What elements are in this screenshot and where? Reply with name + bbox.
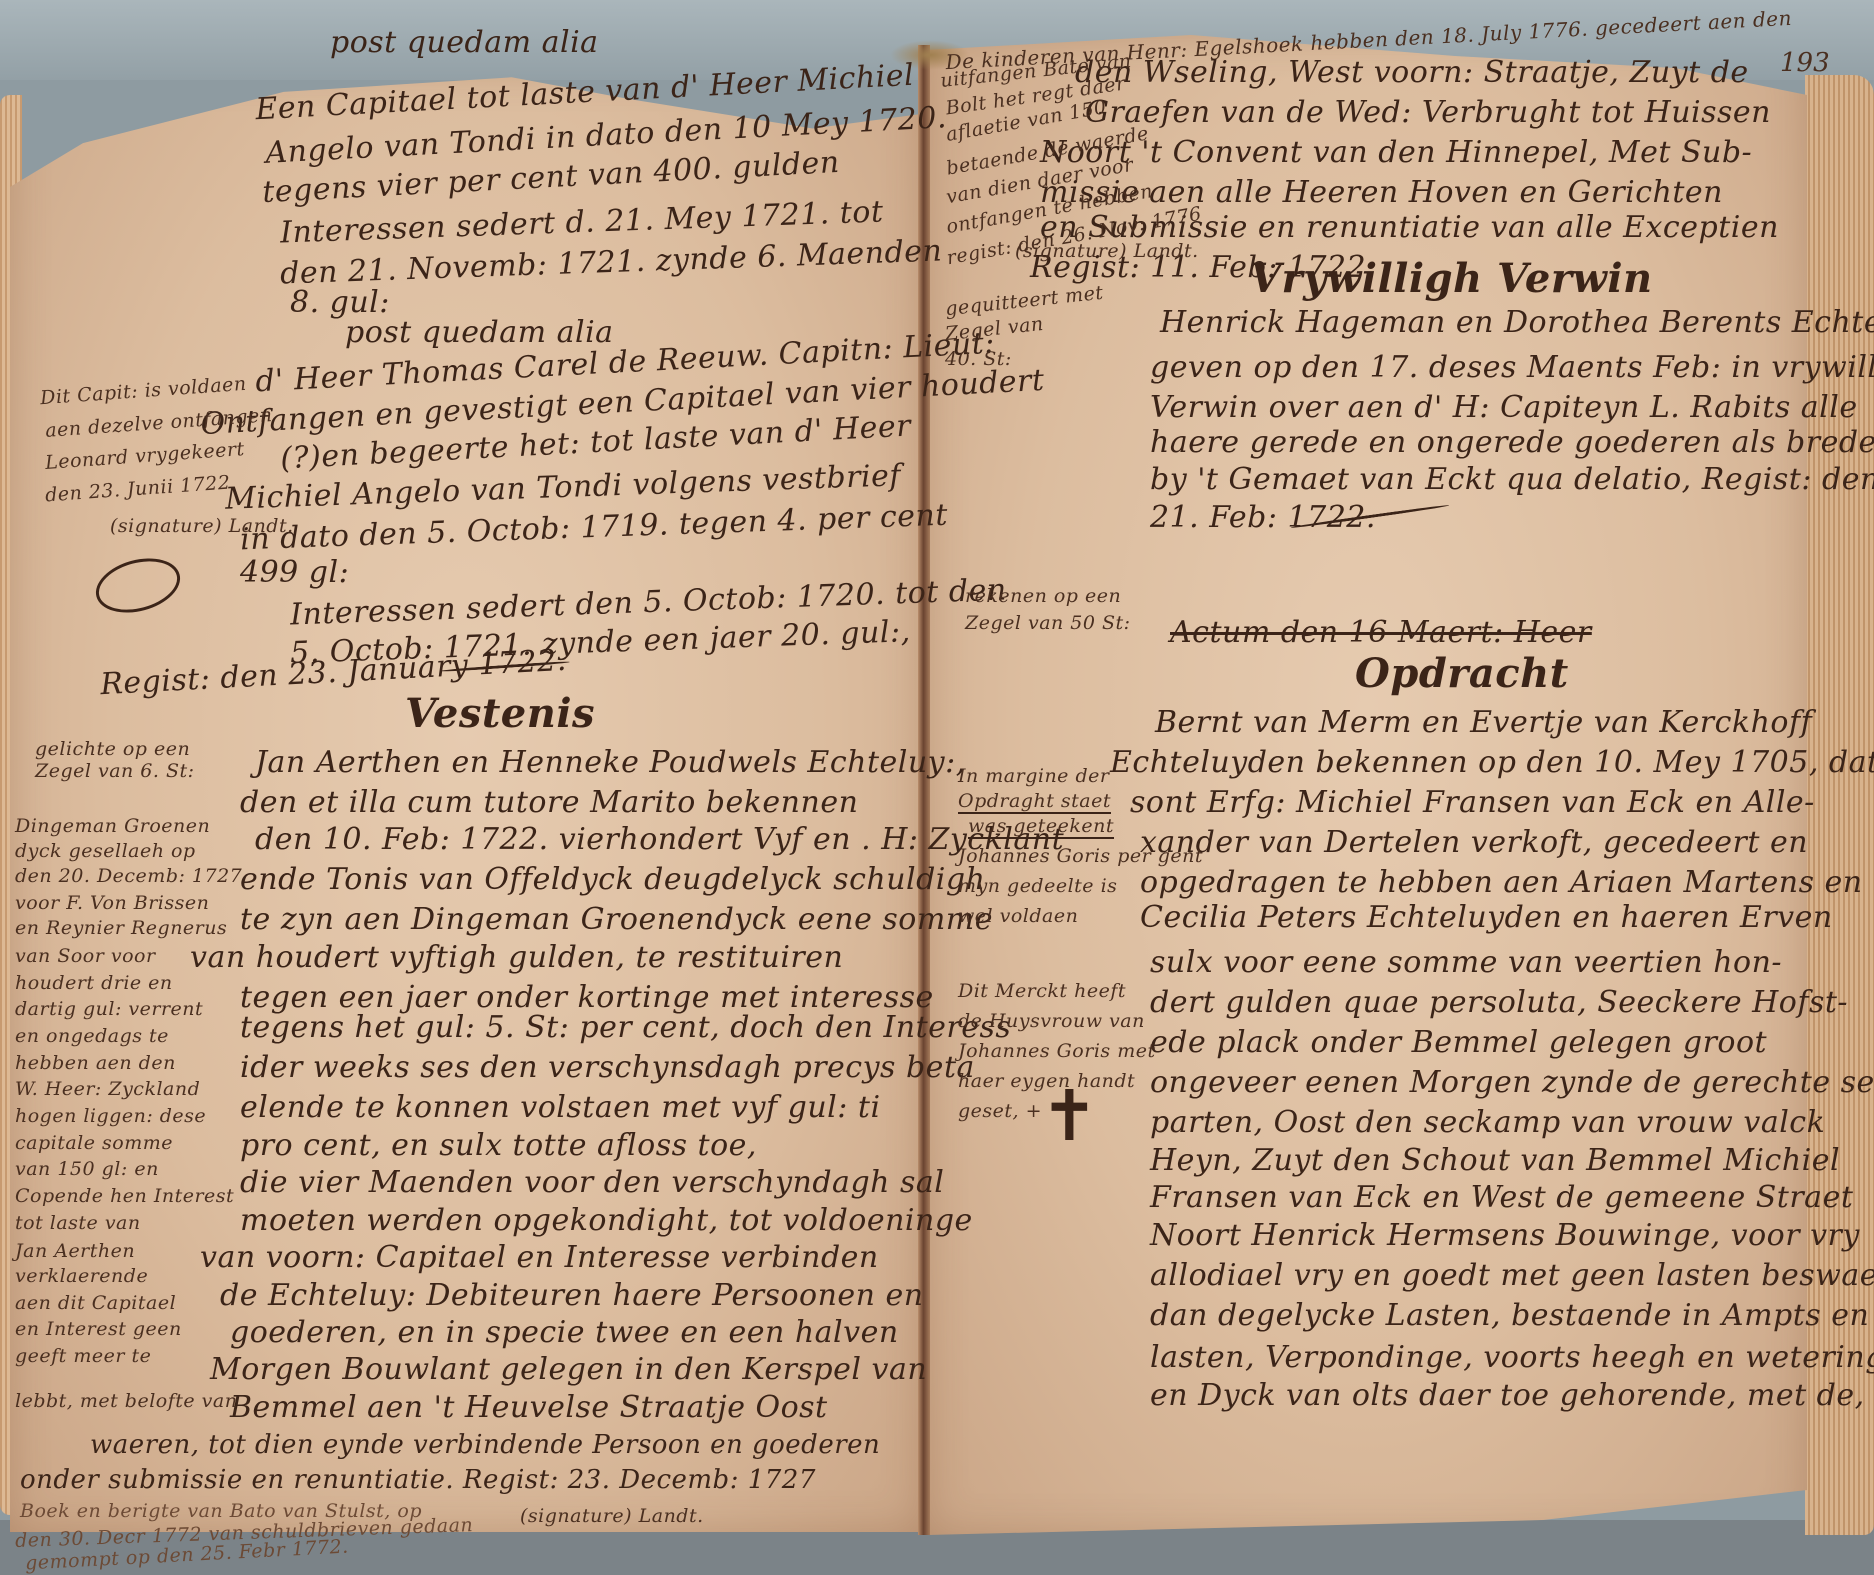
- margin-note-line: Dit Merckt heeft: [958, 980, 1126, 1002]
- margin-note-line: Zegel van 50 St:: [965, 612, 1131, 634]
- entry-line: sont Erfg: Michiel Fransen van Eck en Al…: [1130, 785, 1815, 820]
- entry-line: dan degelycke Lasten, bestaende in Ampts…: [1150, 1298, 1874, 1333]
- margin-note-line: rekenen op een: [965, 585, 1121, 607]
- entry-line: opgedragen te hebben aen Ariaen Martens …: [1140, 865, 1863, 900]
- entry-line: goederen, en in specie twee en een halve…: [230, 1315, 899, 1350]
- entry-line: Bemmel aen 't Heuvelse Straatje Oost: [230, 1390, 828, 1425]
- entry-line: waeren, tot dien eynde verbindende Perso…: [90, 1430, 880, 1460]
- entry-line: Morgen Bouwlant gelegen in den Kerspel v…: [210, 1352, 927, 1387]
- margin-note-line: aen dit Capitael: [15, 1292, 176, 1314]
- entry-line: dert gulden quae persoluta, Seeckere Hof…: [1150, 985, 1848, 1020]
- margin-note-line: Opdraght staet: [958, 790, 1111, 814]
- margin-note-line: wel voldaen: [958, 905, 1078, 927]
- margin-note-line: van 150 gl: en: [15, 1158, 159, 1180]
- entry-line: parten, Oost den seckamp van vrouw valck: [1150, 1105, 1825, 1140]
- margin-note-line: den 20. Decemb: 1727: [15, 865, 242, 887]
- entry-line: den et illa cum tutore Marito bekennen: [240, 785, 858, 820]
- entry-line: by 't Gemaet van Eckt qua delatio, Regis…: [1150, 462, 1874, 497]
- cross-mark-icon: ✝: [1040, 1075, 1099, 1157]
- margin-note-line: Johannes Goris met: [958, 1040, 1156, 1062]
- entry-line: Noort Henrick Hermsens Bouwinge, voor vr…: [1150, 1218, 1860, 1253]
- entry-line: ongeveer eenen Morgen zynde de gerechte …: [1150, 1065, 1874, 1100]
- entry-line: Henrick Hageman en Dorothea Berents Echt…: [1160, 305, 1874, 340]
- margin-note-line: voor F. Von Brissen: [15, 892, 209, 914]
- margin-note-line: W. Heer: Zyckland: [15, 1078, 200, 1100]
- margin-note-line: dartig gul: verrent: [15, 998, 203, 1020]
- margin-note-line: lebbt, met belofte van: [15, 1390, 237, 1412]
- entry-line: Jan Aerthen en Henneke Poudwels Echteluy…: [255, 745, 966, 780]
- entry-line: en Dyck van olts daer toe gehorende, met…: [1150, 1378, 1865, 1413]
- signature: (signature) Landt.: [1015, 240, 1199, 262]
- margin-note-line: en Reynier Regnerus: [15, 917, 227, 939]
- entry-line: Verwin over aen d' H: Capiteyn L. Rabits…: [1150, 390, 1858, 425]
- entry-line: moeten werden opgekondight, tot voldoeni…: [240, 1203, 973, 1238]
- entry-line: te zyn aen Dingeman Groenendyck eene som…: [240, 902, 993, 937]
- entry-line: van voorn: Capitael en Interesse verbind…: [200, 1240, 879, 1275]
- entry-line: elende te konnen volstaen met vyf gul: t…: [240, 1090, 881, 1125]
- entry-heading: Vrywilligh Verwin: [1250, 255, 1653, 302]
- entry-line: haere gerede en ongerede goederen als br…: [1150, 425, 1874, 460]
- entry-line: Heyn, Zuyt den Schout van Bemmel Michiel: [1150, 1143, 1840, 1178]
- margin-note-line: geeft meer te: [15, 1345, 151, 1367]
- entry-heading: Opdracht: [1355, 650, 1569, 697]
- margin-note-line: en Interest geen: [15, 1318, 182, 1340]
- margin-note-line: hebben aen den: [15, 1052, 176, 1074]
- margin-note-line: 40. St:: [945, 348, 1012, 370]
- margin-note-line: de Huysvrouw van: [958, 1010, 1145, 1032]
- entry-line: ider weeks ses den verschynsdagh precys …: [240, 1050, 975, 1085]
- entry-line: Cecilia Peters Echteluyden en haeren Erv…: [1140, 900, 1833, 935]
- entry-line: Fransen van Eck en West de gemeene Strae…: [1150, 1180, 1853, 1215]
- entry-line: tegens het gul: 5. St: per cent, doch de…: [240, 1010, 1011, 1045]
- margin-note-line: geset, +: [958, 1100, 1042, 1122]
- margin-note-line: In margine der: [958, 765, 1109, 787]
- margin-note-line: myn gedeelte is: [958, 875, 1117, 897]
- entry-line: die vier Maenden voor den verschyndagh s…: [240, 1165, 944, 1200]
- margin-note-line: Copende hen Interest: [15, 1185, 234, 1207]
- margin-note-line: en ongedags te: [15, 1025, 169, 1047]
- margin-note-line: was geteekent: [968, 815, 1114, 839]
- entry-line: Graefen van de Wed: Verbrught tot Huisse…: [1085, 95, 1771, 130]
- entry-line: allodiael vry en goedt met geen lasten b…: [1150, 1258, 1874, 1293]
- margin-note-line: dyck gesellaeh op: [15, 840, 196, 862]
- entry-line: post quedam alia: [345, 315, 614, 350]
- entry-line: xander van Dertelen verkoft, gecedeert e…: [1140, 825, 1808, 860]
- entry-line: de Echteluy: Debiteuren haere Persoonen …: [220, 1278, 924, 1313]
- entry-heading: Vestenis: [405, 690, 595, 737]
- entry-line: ede plack onder Bemmel gelegen groot: [1150, 1025, 1767, 1060]
- entry-line: lasten, Verpondinge, voorts heegh en wet…: [1150, 1340, 1874, 1375]
- entry-line: sulx voor eene somme van veertien hon-: [1150, 945, 1782, 980]
- entry-line: Bernt van Merm en Evertje van Kerckhoff: [1155, 705, 1812, 740]
- page-number: 193: [1780, 48, 1830, 78]
- margin-note-line: hogen liggen: dese: [15, 1105, 206, 1127]
- margin-note-line: capitale somme: [15, 1132, 173, 1154]
- entry-line: Echteluyden bekennen op den 10. Mey 1705…: [1110, 745, 1874, 780]
- margin-note-line: Dingeman Groenen: [15, 815, 210, 837]
- open-book: 193 post quedam alia Een Capitael tot la…: [0, 0, 1874, 1575]
- struck-out-line: Actum den 16 Maert: Heer: [1170, 615, 1592, 650]
- margin-note-line: tot laste van: [15, 1212, 141, 1234]
- margin-note-line: verklaerende: [15, 1265, 148, 1287]
- entry-line: den 10. Feb: 1722. vierhondert Vyf en . …: [255, 822, 1064, 857]
- margin-note-line: houdert drie en: [15, 972, 173, 994]
- signature: (signature) Landt.: [520, 1505, 704, 1527]
- entry-line: 21. Feb: 1722.: [1150, 500, 1376, 535]
- entry-line: geven op den 17. deses Maents Feb: in vr…: [1150, 350, 1874, 385]
- entry-line: 499 gl:: [240, 555, 349, 590]
- margin-note-line: van Soor voor: [15, 945, 156, 967]
- signature: (signature) Landt.: [110, 515, 294, 537]
- margin-note-line: Zegel van 6. St:: [35, 760, 195, 782]
- entry-line: onder submissie en renuntiatie. Regist: …: [20, 1465, 816, 1495]
- entry-line: pro cent, en sulx totte afloss toe,: [240, 1128, 757, 1163]
- margin-note-line: Johannes Goris per gent: [958, 845, 1203, 867]
- entry-line: van houdert vyftigh gulden, te restituir…: [190, 940, 843, 975]
- entry-line: den Wseling, West voorn: Straatje, Zuyt …: [1075, 55, 1749, 90]
- entry-line: post quedam alia: [330, 25, 599, 60]
- margin-note-line: Jan Aerthen: [15, 1240, 135, 1262]
- entry-line: ende Tonis van Offeldyck deugdelyck schu…: [240, 862, 985, 897]
- margin-note-line: gelichte op een: [35, 738, 190, 760]
